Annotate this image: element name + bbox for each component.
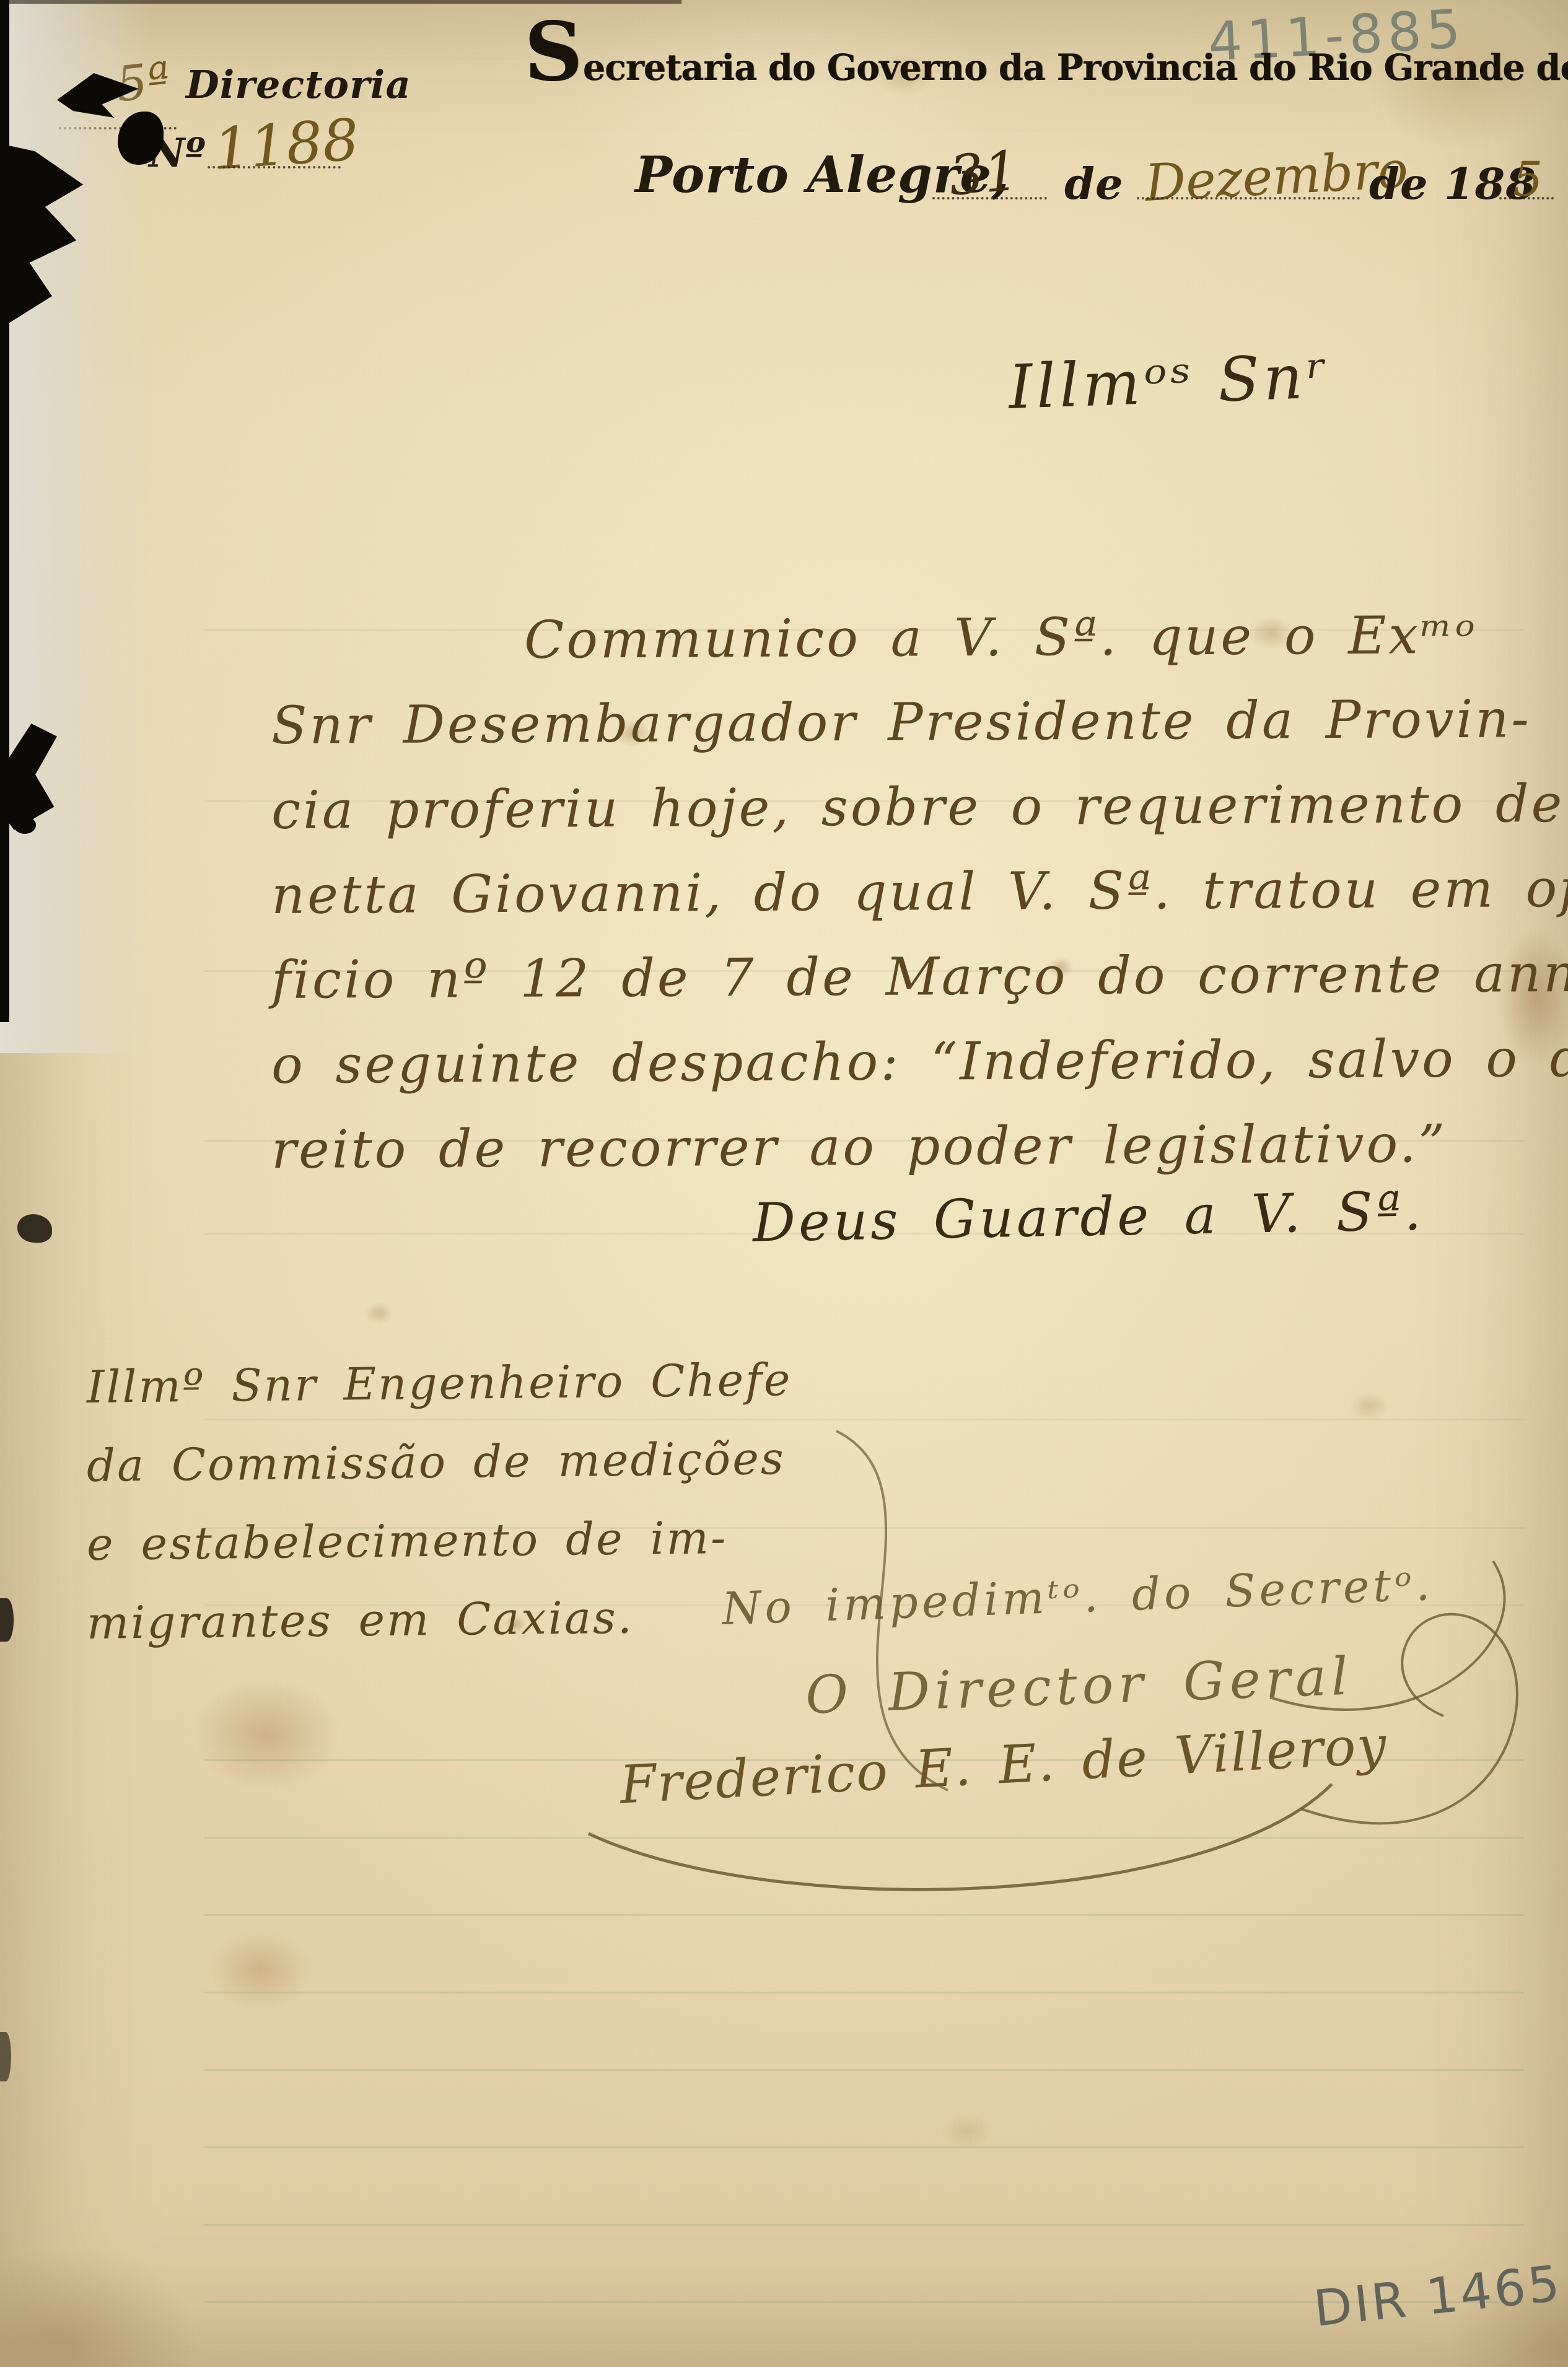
addressee-line: e estabelecimento de im- <box>86 1498 792 1584</box>
ruled-line <box>204 1837 1524 1839</box>
dotted-line-year <box>1499 197 1554 199</box>
scanned-letter-page: 411-885 5ª Directoria Nº 1188 Secretaria… <box>0 0 1568 2367</box>
body-line: netta Giovanni, do qual V. Sª. tratou em… <box>271 846 1568 938</box>
salutation: Illmᵒˢ Snʳ <box>1007 341 1332 423</box>
number-value-handwritten: 1188 <box>212 107 361 183</box>
dotted-line-day <box>932 197 1047 199</box>
addressee-block: Illmº Snr Engenheiro Chefe da Commissão … <box>87 1344 792 1659</box>
addressee-line: Illmº Snr Engenheiro Chefe <box>86 1341 792 1427</box>
torn-edge-top <box>0 0 681 4</box>
torn-edge-spot <box>17 1214 52 1243</box>
ruled-line <box>204 2224 1524 2226</box>
directorate-number-handwritten: 5ª <box>114 52 173 113</box>
directorate-label-printed: Directoria <box>186 62 411 107</box>
dotted-line-month <box>1137 197 1360 199</box>
addressee-line: da Commissão de medições <box>86 1419 792 1505</box>
letter-body: Communico a V. Sª. que o Exᵐᵒ Snr Desemb… <box>271 595 1568 1189</box>
body-line: Snr Desembargador Presidente da Provin- <box>271 676 1568 768</box>
archival-number-bottom: DIR 1465 <box>1311 2254 1564 2337</box>
torn-edge-nick <box>0 1598 14 1642</box>
ruled-line <box>204 2146 1524 2148</box>
signer-title: O Director Geral <box>805 1646 1354 1726</box>
valediction: Deus Guarde a V. Sª. <box>752 1181 1425 1254</box>
impediment-note: No impedimᵗᵒ. do Secretᵒ. <box>721 1558 1434 1635</box>
addressee-line: migrantes em Caxias. <box>86 1577 792 1663</box>
ruled-line <box>204 1914 1524 1916</box>
de-printed: de <box>1064 158 1123 209</box>
body-line: Communico a V. Sª. que o Exᵐᵒ <box>524 592 1568 683</box>
torn-edge-hole <box>0 144 87 330</box>
ruled-line <box>204 2069 1524 2071</box>
body-line: o seguinte despacho: “Indeferido, salvo … <box>271 1015 1568 1108</box>
dotted-line-number <box>208 166 341 168</box>
torn-edge-nick <box>0 2032 11 2081</box>
signature-name: Frederico E. E. de Villeroy <box>618 1715 1389 1816</box>
letterhead-title: Secretaria do Governo da Provincia do Ri… <box>524 47 1553 89</box>
year-prefix-printed: de 188 <box>1369 158 1536 209</box>
torn-edge-hole <box>14 816 36 834</box>
ruled-line <box>204 1992 1524 1993</box>
body-line: reito de recorrer ao poder legislativo.” <box>271 1100 1568 1192</box>
body-line: cia proferiu hoje, sobre o requerimento … <box>271 761 1568 853</box>
body-line: ficio nº 12 de 7 de Março do corrente an… <box>271 930 1568 1023</box>
